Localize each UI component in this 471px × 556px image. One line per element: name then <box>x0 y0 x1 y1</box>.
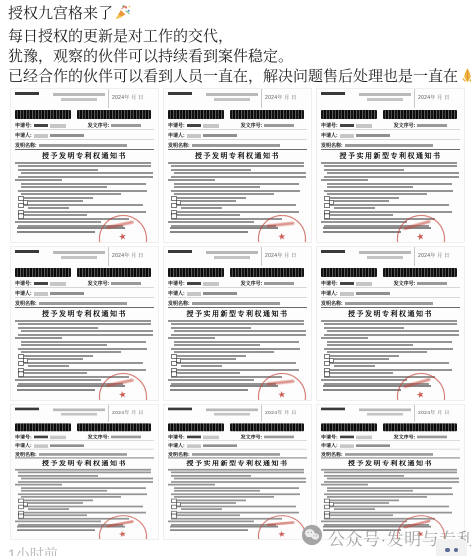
body-text-line <box>176 204 296 206</box>
redacted-value <box>34 134 48 138</box>
body-text-line <box>174 351 274 353</box>
application-number-row: 申请号: 发文序号: <box>321 280 460 287</box>
redacted-barcode <box>168 423 224 431</box>
date-cell-border <box>108 89 109 108</box>
document-thumbnail[interactable]: 2024年 月 日 申请号: 发文序号: 申请人: <box>163 246 312 401</box>
invention-name-label: 发明名称: <box>15 142 37 149</box>
divider <box>321 129 460 130</box>
redacted-value <box>187 282 201 285</box>
body-text-line <box>171 475 252 477</box>
application-number-label: 申请号: <box>168 280 185 287</box>
body-text-line <box>168 521 254 523</box>
divider-heavy <box>321 307 460 308</box>
divider-heavy <box>168 149 307 150</box>
body-text-line <box>181 358 237 360</box>
stamp-star-icon: ★ <box>415 231 426 243</box>
redacted-barcode <box>230 423 304 431</box>
body-text-line <box>329 355 399 357</box>
redacted-value <box>34 436 48 439</box>
stamp-star-icon: ★ <box>118 231 128 243</box>
redacted-value <box>203 134 237 137</box>
redacted-value <box>111 436 141 439</box>
document-thumbnail[interactable]: 2024年 月 日 申请号: 发文序号: 申请人: <box>163 88 312 243</box>
redacted-address-line <box>61 413 97 416</box>
redacted-barcode <box>383 268 457 277</box>
folded-hands-icon <box>459 67 471 90</box>
redacted-barcode <box>383 110 457 119</box>
redacted-value <box>50 124 66 128</box>
body-text-line <box>171 218 282 220</box>
body-text-line <box>174 193 274 195</box>
body-text-line <box>324 493 453 495</box>
date-cell-border <box>414 247 415 266</box>
applicant-row: 申请人: <box>15 290 154 297</box>
redacted-value <box>192 144 280 147</box>
document-title: 授予实用新型专利权通知书 <box>317 151 464 161</box>
body-text-line <box>21 487 146 489</box>
body-text-line <box>324 334 459 336</box>
checkbox-icon <box>324 361 329 366</box>
applicant-label: 申请人: <box>15 132 32 139</box>
stamp-text-arc <box>266 521 294 526</box>
redacted-value <box>340 436 354 439</box>
redacted-value <box>50 292 84 295</box>
redacted-barcode <box>77 268 151 277</box>
body-text-line <box>171 165 304 167</box>
redacted-value <box>356 124 372 128</box>
body-text-line <box>23 499 93 501</box>
body-text-line <box>23 355 93 357</box>
body-text-line <box>23 204 143 206</box>
redacted-value <box>345 302 433 305</box>
body-text-line <box>329 512 451 514</box>
footnote-line <box>170 529 248 531</box>
post-line-1: 授权九宫格来了 <box>8 4 466 27</box>
application-number-row: 申请号: 发文序号: <box>15 122 154 129</box>
redacted-address-line <box>206 93 258 96</box>
divider <box>321 449 460 450</box>
checkbox-icon <box>171 505 176 510</box>
document-page: 2024年 月 日 申请号: 发文序号: 申请人: <box>317 247 464 400</box>
body-text-line <box>174 496 274 498</box>
body-text-line <box>174 487 299 489</box>
body-text-line <box>181 509 223 511</box>
body-text-line <box>324 472 457 474</box>
redacted-barcode <box>230 268 304 277</box>
redacted-barcode <box>168 110 224 119</box>
body-text-line <box>181 207 223 209</box>
redacted-value <box>187 292 201 296</box>
body-text-line <box>324 327 405 329</box>
document-title: 授予发明专利权通知书 <box>11 151 158 161</box>
body-text-line <box>21 478 153 480</box>
checkbox-icon <box>18 203 23 208</box>
divider <box>321 139 460 140</box>
body-text-line <box>327 330 459 332</box>
body-text-line <box>171 323 304 325</box>
divider <box>15 297 154 298</box>
redacted-address-line <box>53 409 105 412</box>
document-title: 授予发明专利权通知书 <box>11 309 158 319</box>
footnote-line <box>323 389 401 391</box>
application-number-label: 申请号: <box>168 122 185 129</box>
body-text-line <box>324 190 453 192</box>
body-text-line <box>28 207 70 209</box>
redacted-value <box>50 282 66 286</box>
body-text-line <box>23 362 143 364</box>
stamp-text-arc <box>266 222 294 228</box>
redacted-value <box>356 134 390 137</box>
body-text-line <box>324 169 405 171</box>
redacted-value <box>340 124 354 127</box>
redacted-address-line <box>359 251 411 254</box>
document-page: 2024年 月 日 申请号: 发文序号: 申请人: <box>11 405 158 539</box>
redacted-value <box>264 282 294 285</box>
checkbox-icon <box>324 505 329 510</box>
menu-dot <box>445 548 450 553</box>
stamp-text-arc <box>266 380 294 386</box>
footnote-line <box>170 231 248 233</box>
body-text-line <box>174 183 299 185</box>
stamp-text-arc <box>403 220 431 231</box>
invention-name-label: 发明名称: <box>321 300 343 307</box>
body-text-line <box>168 221 254 223</box>
body-text-line <box>334 207 376 209</box>
invention-name-row: 发明名称: <box>321 142 460 149</box>
document-body-text <box>321 162 460 228</box>
redacted-address-line <box>367 98 403 101</box>
body-text-line <box>324 348 453 350</box>
body-text-line <box>18 475 99 477</box>
redacted-header-text <box>321 92 345 95</box>
document-page: 2024年 月 日 申请号: 发文序号: 申请人: <box>317 405 464 539</box>
dispatch-date: 2024年 月 日 <box>418 94 450 101</box>
invention-name-label: 发明名称: <box>168 300 190 307</box>
checkbox-icon <box>18 361 23 366</box>
redacted-value <box>203 435 219 439</box>
body-text-line <box>181 502 237 504</box>
body-text-line <box>21 341 146 343</box>
dispatch-date: 2024年 月 日 <box>112 94 144 101</box>
redacted-address-line <box>206 409 258 412</box>
body-text-line <box>168 337 215 339</box>
redacted-barcode <box>77 110 151 119</box>
date-cell-border <box>261 89 262 108</box>
document-title: 授予发明专利权通知书 <box>317 459 464 468</box>
document-title: 授予发明专利权通知书 <box>317 309 464 319</box>
redacted-value <box>340 444 354 448</box>
document-thumbnail[interactable]: 2024年 月 日 申请号: 发文序号: 申请人: <box>10 246 159 401</box>
body-text-line <box>168 379 254 381</box>
body-text-line <box>324 165 457 167</box>
redacted-value <box>345 144 433 147</box>
body-text-line <box>18 334 153 336</box>
footnote-line <box>17 529 95 531</box>
body-text-line <box>321 379 407 381</box>
redacted-value <box>203 282 219 286</box>
document-thumbnail[interactable]: 2024年 月 日 申请号: 发文序号: 申请人: <box>10 404 159 540</box>
redacted-value <box>34 282 48 285</box>
date-cell-border <box>261 247 262 266</box>
body-text-line <box>176 369 298 371</box>
body-text-line <box>23 372 87 374</box>
body-text-line <box>15 469 151 471</box>
footnote-line <box>170 389 248 391</box>
body-text-line <box>21 172 153 174</box>
body-text-line <box>327 344 413 346</box>
post-line-3-text: 犹豫，观察的伙伴可以持续看到案件稳定。 <box>8 48 293 65</box>
body-text-line <box>21 186 107 188</box>
invention-name-row: 发明名称: <box>321 300 460 307</box>
body-text-line <box>321 337 368 339</box>
invention-name-label: 发明名称: <box>321 142 343 149</box>
dispatch-date: 2024年 月 日 <box>265 94 297 101</box>
menu-dot <box>454 548 459 553</box>
divider-heavy <box>15 458 154 459</box>
dispatch-date: 2024年 月 日 <box>265 409 297 415</box>
body-text-line <box>329 515 393 517</box>
body-text-line <box>18 176 153 178</box>
redacted-header-text <box>15 250 39 253</box>
body-text-line <box>28 502 84 504</box>
body-text-line <box>15 379 101 381</box>
serial-number-label: 发文序号: <box>241 122 263 129</box>
redacted-value <box>50 435 66 439</box>
document-grid: 2024年 月 日 申请号: 发文序号: 申请人: <box>10 88 465 540</box>
divider <box>321 440 460 441</box>
body-text-line <box>15 484 62 486</box>
body-text-line <box>334 358 390 360</box>
invention-name-label: 发明名称: <box>15 300 37 307</box>
applicant-label: 申请人: <box>15 290 32 297</box>
body-text-line <box>15 337 62 339</box>
redacted-barcode <box>321 268 377 277</box>
divider <box>15 139 154 140</box>
application-number-row: 申请号: 发文序号: <box>168 280 307 287</box>
redacted-barcode <box>321 423 377 431</box>
redacted-value <box>264 436 294 439</box>
body-text-line <box>18 165 151 167</box>
redacted-value <box>111 282 141 285</box>
body-text-line <box>176 211 298 213</box>
divider-heavy <box>168 458 307 459</box>
body-text-line <box>327 490 413 492</box>
body-text-line <box>321 484 368 486</box>
body-text-line <box>23 197 93 199</box>
invention-name-row: 发明名称: <box>168 142 307 149</box>
applicant-row: 申请人: <box>321 290 460 297</box>
divider <box>168 440 307 441</box>
stamp-star-icon: ★ <box>118 529 128 540</box>
redacted-header-text <box>321 250 345 253</box>
stamp-text-arc <box>106 220 134 229</box>
redacted-value <box>111 124 141 127</box>
serial-number-label: 发文序号: <box>241 280 263 287</box>
body-text-line <box>168 162 304 164</box>
post-text: 授权九宫格来了 每日授权的更新是对工作的交代， 犹豫，观察的伙伴可以持续看到案件… <box>8 4 466 90</box>
dispatch-date: 2024年 月 日 <box>112 252 144 259</box>
redacted-header-text <box>15 92 39 95</box>
redacted-barcode <box>15 268 71 277</box>
redacted-barcode <box>15 423 71 431</box>
redacted-address-line <box>53 251 105 254</box>
body-text-line <box>176 362 296 364</box>
body-text-line <box>15 521 101 523</box>
body-text-line <box>176 372 240 374</box>
body-text-line <box>15 221 101 223</box>
date-cell-border <box>108 247 109 266</box>
checkbox-icon <box>324 203 329 208</box>
document-body-text <box>321 469 460 527</box>
document-thumbnail[interactable]: 2024年 月 日 申请号: 发文序号: 申请人: <box>316 404 465 540</box>
redacted-value <box>417 282 447 285</box>
body-text-line <box>23 512 145 514</box>
body-text-line <box>176 355 246 357</box>
divider <box>168 139 307 140</box>
applicant-label: 申请人: <box>321 290 338 297</box>
wechat-logo-icon <box>301 524 323 551</box>
divider <box>321 287 460 288</box>
redacted-header-text <box>168 92 192 95</box>
body-text-line <box>18 472 151 474</box>
serial-number-label: 发文序号: <box>88 280 110 287</box>
body-text-line <box>171 334 306 336</box>
divider <box>168 129 307 130</box>
body-text-line <box>176 515 240 517</box>
body-text-line <box>334 509 376 511</box>
document-thumbnail[interactable]: 2024年 月 日 申请号: 发文序号: 申请人: <box>163 404 312 540</box>
body-text-line <box>15 179 62 181</box>
divider <box>168 297 307 298</box>
comment-like-menu-button[interactable] <box>436 539 467 556</box>
applicant-row: 申请人: <box>168 132 307 139</box>
post-timestamp: 1小时前 <box>8 544 58 556</box>
post-line-4-text: 已经合作的伙伴可以看到人员一直在，解决问题售后处理也是一直在 <box>8 68 458 85</box>
redacted-value <box>187 134 201 138</box>
body-text-line <box>21 351 121 353</box>
redacted-address-line <box>359 409 411 412</box>
divider-heavy <box>15 307 154 308</box>
date-cell-border <box>414 405 415 422</box>
footnote-line <box>323 231 401 233</box>
body-text-line <box>171 376 282 378</box>
body-text-line <box>21 183 146 185</box>
body-text-line <box>28 358 84 360</box>
redacted-value <box>187 124 201 127</box>
invention-name-row: 发明名称: <box>15 142 154 149</box>
date-cell-border <box>414 89 415 108</box>
redacted-value <box>356 435 372 439</box>
body-text-line <box>28 509 70 511</box>
body-text-line <box>168 484 215 486</box>
body-text-line <box>327 193 427 195</box>
redacted-address-line <box>214 413 250 416</box>
body-text-line <box>171 493 300 495</box>
application-number-label: 申请号: <box>15 122 32 129</box>
redacted-value <box>356 292 390 295</box>
body-text-line <box>327 172 459 174</box>
body-text-line <box>171 169 252 171</box>
document-thumbnail[interactable]: 2024年 月 日 申请号: 发文序号: 申请人: <box>316 246 465 401</box>
document-page: 2024年 月 日 申请号: 发文序号: 申请人: <box>164 247 311 400</box>
redacted-value <box>417 124 447 127</box>
redacted-value <box>34 124 48 127</box>
divider-heavy <box>321 149 460 150</box>
body-text-line <box>174 344 260 346</box>
divider-heavy <box>168 307 307 308</box>
body-text-line <box>28 365 70 367</box>
body-text-line <box>329 505 449 507</box>
applicant-label: 申请人: <box>168 132 185 139</box>
footnote-line <box>17 231 95 233</box>
body-text-line <box>329 204 449 206</box>
redacted-value <box>345 453 433 456</box>
redacted-address-line <box>214 256 250 259</box>
body-text-line <box>327 351 427 353</box>
redacted-value <box>340 134 354 138</box>
divider-heavy <box>15 149 154 150</box>
body-text-line <box>329 372 393 374</box>
redacted-value <box>34 292 48 296</box>
redacted-address-line <box>61 98 97 101</box>
post-line-2-text: 每日授权的更新是对工作的交代， <box>8 28 233 45</box>
redacted-address-line <box>61 256 97 259</box>
application-number-row: 申请号: 发文序号: <box>168 122 307 129</box>
application-number-label: 申请号: <box>321 280 338 287</box>
body-text-line <box>329 369 451 371</box>
stamp-star-icon: ★ <box>415 389 426 401</box>
body-text-line <box>176 197 246 199</box>
body-text-line <box>174 341 299 343</box>
redacted-value <box>203 444 237 447</box>
body-text-line <box>324 481 459 483</box>
document-thumbnail[interactable]: 2024年 月 日 申请号: 发文序号: 申请人: <box>10 88 159 243</box>
redacted-value <box>340 292 354 296</box>
body-text-line <box>174 490 260 492</box>
document-page: 2024年 月 日 申请号: 发文序号: 申请人: <box>11 89 158 242</box>
body-text-line <box>176 512 298 514</box>
stamp-text-arc <box>106 378 134 387</box>
document-title: 授予实用新型专利权通知书 <box>164 309 311 319</box>
stamp-star-icon: ★ <box>118 389 128 401</box>
body-text-line <box>324 176 459 178</box>
body-text-line <box>327 496 427 498</box>
body-text-line <box>181 365 223 367</box>
body-text-line <box>18 481 153 483</box>
body-text-line <box>171 518 282 520</box>
body-text-line <box>23 505 143 507</box>
redacted-barcode <box>383 423 457 431</box>
body-text-line <box>334 502 390 504</box>
body-text-line <box>21 344 107 346</box>
body-text-line <box>23 214 87 216</box>
body-text-line <box>15 162 151 164</box>
redacted-address-line <box>206 251 258 254</box>
body-text-line <box>321 221 407 223</box>
redacted-header-text <box>15 408 39 411</box>
body-text-line <box>327 478 459 480</box>
body-text-line <box>15 320 151 322</box>
redacted-barcode <box>15 110 71 119</box>
body-text-line <box>329 211 451 213</box>
body-text-line <box>168 469 304 471</box>
document-thumbnail[interactable]: 2024年 月 日 申请号: 发文序号: 申请人: <box>316 88 465 243</box>
checkbox-icon <box>18 505 23 510</box>
moments-post: 授权九宫格来了 每日授权的更新是对工作的交代， 犹豫，观察的伙伴可以持续看到案件… <box>0 0 471 556</box>
application-number-label: 申请号: <box>15 280 32 287</box>
applicant-label: 申请人: <box>168 290 185 297</box>
body-text-line <box>176 505 296 507</box>
